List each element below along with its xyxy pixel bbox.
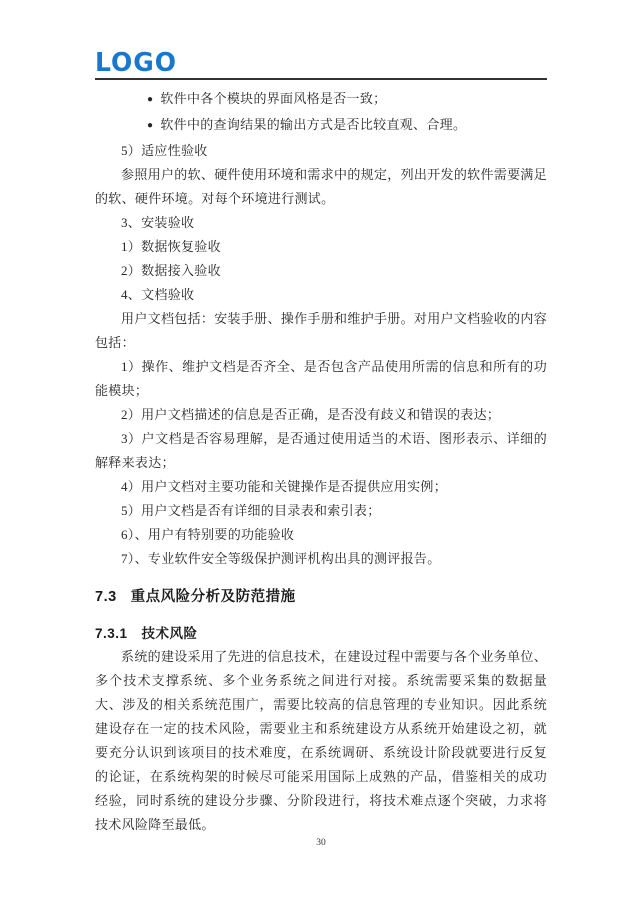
- bullet-item: ●软件中各个模块的界面风格是否一致；: [95, 87, 547, 113]
- tech-risk-paragraph: 系统的建设采用了先进的信息技术，在建设过程中需要与各个业务单位、多个技术支撑系统…: [95, 645, 547, 837]
- document-page: LOGO ●软件中各个模块的界面风格是否一致； ●软件中的查询结果的输出方式是否…: [0, 0, 640, 906]
- subsection-heading-7-3-1: 7.3.1技术风险: [95, 623, 547, 645]
- paragraph: 2）数据接入验收: [95, 259, 547, 283]
- page-number: 30: [95, 838, 547, 848]
- section-heading-7-3: 7.3重点风险分析及防范措施: [95, 586, 547, 608]
- paragraph: 4、文档验收: [95, 283, 547, 307]
- section-number: 7.3: [95, 589, 117, 605]
- paragraph: 5）适应性验收: [95, 139, 547, 163]
- paragraph: 7）、专业软件安全等级保护测评机构出具的测评报告。: [95, 547, 547, 571]
- company-logo: LOGO: [95, 50, 177, 77]
- bullet-icon: ●: [121, 88, 153, 112]
- paragraph: 2）用户文档描述的信息是否正确，是否没有歧义和错误的表达；: [95, 403, 547, 427]
- subsection-title: 技术风险: [142, 626, 198, 641]
- paragraph: 用户文档包括：安装手册、操作手册和维护手册。对用户文档验收的内容包括：: [95, 307, 547, 355]
- paragraph: 6）、用户有特别要的功能验收: [95, 523, 547, 547]
- paragraph: 1）操作、维护文档是否齐全、是否包含产品使用所需的信息和所有的功能模块；: [95, 355, 547, 403]
- subsection-number: 7.3.1: [95, 626, 128, 641]
- paragraph: 3、安装验收: [95, 211, 547, 235]
- paragraph: 1）数据恢复验收: [95, 235, 547, 259]
- document-body: ●软件中各个模块的界面风格是否一致； ●软件中的查询结果的输出方式是否比较直观、…: [95, 87, 547, 837]
- bullet-icon: ●: [121, 114, 153, 138]
- paragraph: 3）户文档是否容易理解，是否通过使用适当的术语、图形表示、详细的解释来表达；: [95, 427, 547, 475]
- bullet-item: ●软件中的查询结果的输出方式是否比较直观、合理。: [95, 113, 547, 139]
- bullet-text: 软件中各个模块的界面风格是否一致；: [160, 91, 386, 106]
- paragraph: 5）用户文档是否有详细的目录表和索引表；: [95, 499, 547, 523]
- section-title: 重点风险分析及防范措施: [131, 589, 296, 605]
- header-divider: [95, 78, 547, 80]
- page-header: LOGO: [95, 0, 547, 80]
- bullet-text: 软件中的查询结果的输出方式是否比较直观、合理。: [160, 117, 466, 132]
- paragraph: 参照用户的软、硬件使用环境和需求中的规定，列出开发的软件需要满足的软、硬件环境。…: [95, 163, 547, 211]
- paragraph: 4）用户文档对主要功能和关键操作是否提供应用实例；: [95, 475, 547, 499]
